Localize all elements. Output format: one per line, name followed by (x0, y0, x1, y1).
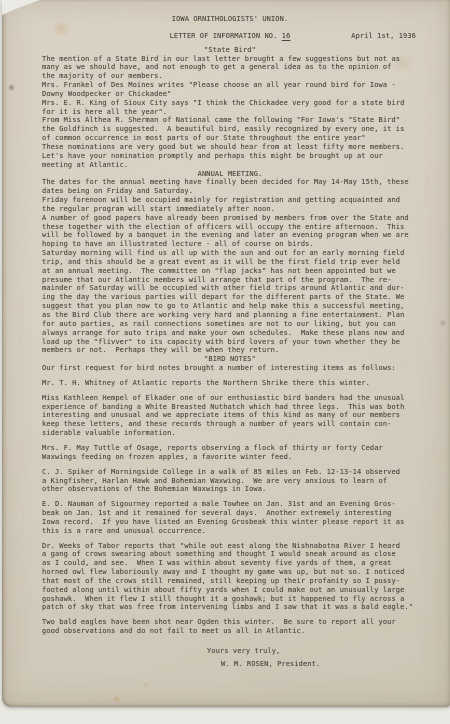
signature-line: W. M. ROSEN, President. (42, 660, 418, 669)
bird-note-item: Mr. T. H. Whitney of Atlantic reports th… (42, 379, 418, 388)
paper-stain (112, 695, 122, 703)
bird-note-item: Miss Kathleen Hempel of Elkader one of o… (42, 394, 418, 438)
paragraph: A number of good papers have already bee… (42, 214, 418, 249)
paragraph: Mrs. E. R. King of Sioux City says "I th… (42, 99, 418, 117)
paragraph: These nominations are very good but we s… (42, 143, 418, 170)
paper-stain (142, 682, 149, 688)
paragraph: From Miss Althea R. Sherman of National … (42, 116, 418, 143)
document-title: LETTER OF INFORMATION NO. 16 (170, 32, 291, 40)
paper-stain (8, 84, 15, 91)
paragraph: The dates for the annual meeting have fi… (42, 178, 418, 196)
bird-note-item: Two bald eagles have been shot near Ogde… (42, 618, 418, 636)
torn-corner (2, 0, 42, 15)
paragraph: Mrs. Frankel of Des Moines writes "Pleas… (42, 81, 418, 99)
organization-title: IOWA ORNITHOLOGISTS' UNION. (42, 15, 418, 24)
section-heading-state-bird: "State Bird" (42, 46, 418, 55)
section-heading-annual-meeting: ANNUAL MEETING. (42, 170, 418, 179)
letter-page: IOWA ORNITHOLOGISTS' UNION. LETTER OF IN… (2, 0, 450, 707)
bird-note-item: C. J. Spiker of Morningside College in a… (42, 468, 418, 495)
bird-note-item: Dr. Weeks of Tabor reports that "while o… (42, 542, 418, 613)
document-number: 16 (282, 32, 291, 40)
paragraph: The mention of a State Bird in our last … (42, 55, 418, 82)
section-heading-bird-notes: "BIRD NOTES" (42, 355, 418, 364)
document-title-label: LETTER OF INFORMATION NO. (170, 32, 282, 40)
letter-date: April 1st, 1936 (351, 32, 416, 41)
paragraph: Saturday morning will find us all up wit… (42, 249, 418, 355)
paragraph: Our first request for bird notes brought… (42, 364, 418, 373)
closing-line: Yours very truly, (42, 647, 418, 656)
letter-body: IOWA ORNITHOLOGISTS' UNION. LETTER OF IN… (42, 15, 418, 669)
document-title-line: LETTER OF INFORMATION NO. 16 April 1st, … (42, 32, 418, 41)
paper-stain (439, 320, 447, 326)
bird-note-item: Mrs. F. May Tuttle of Osage, reports obs… (42, 444, 418, 462)
bird-note-item: E. D. Nauman of Sigourney reported a mal… (42, 500, 418, 535)
paragraph: Friday forenoon will be occupied mainly … (42, 196, 418, 214)
